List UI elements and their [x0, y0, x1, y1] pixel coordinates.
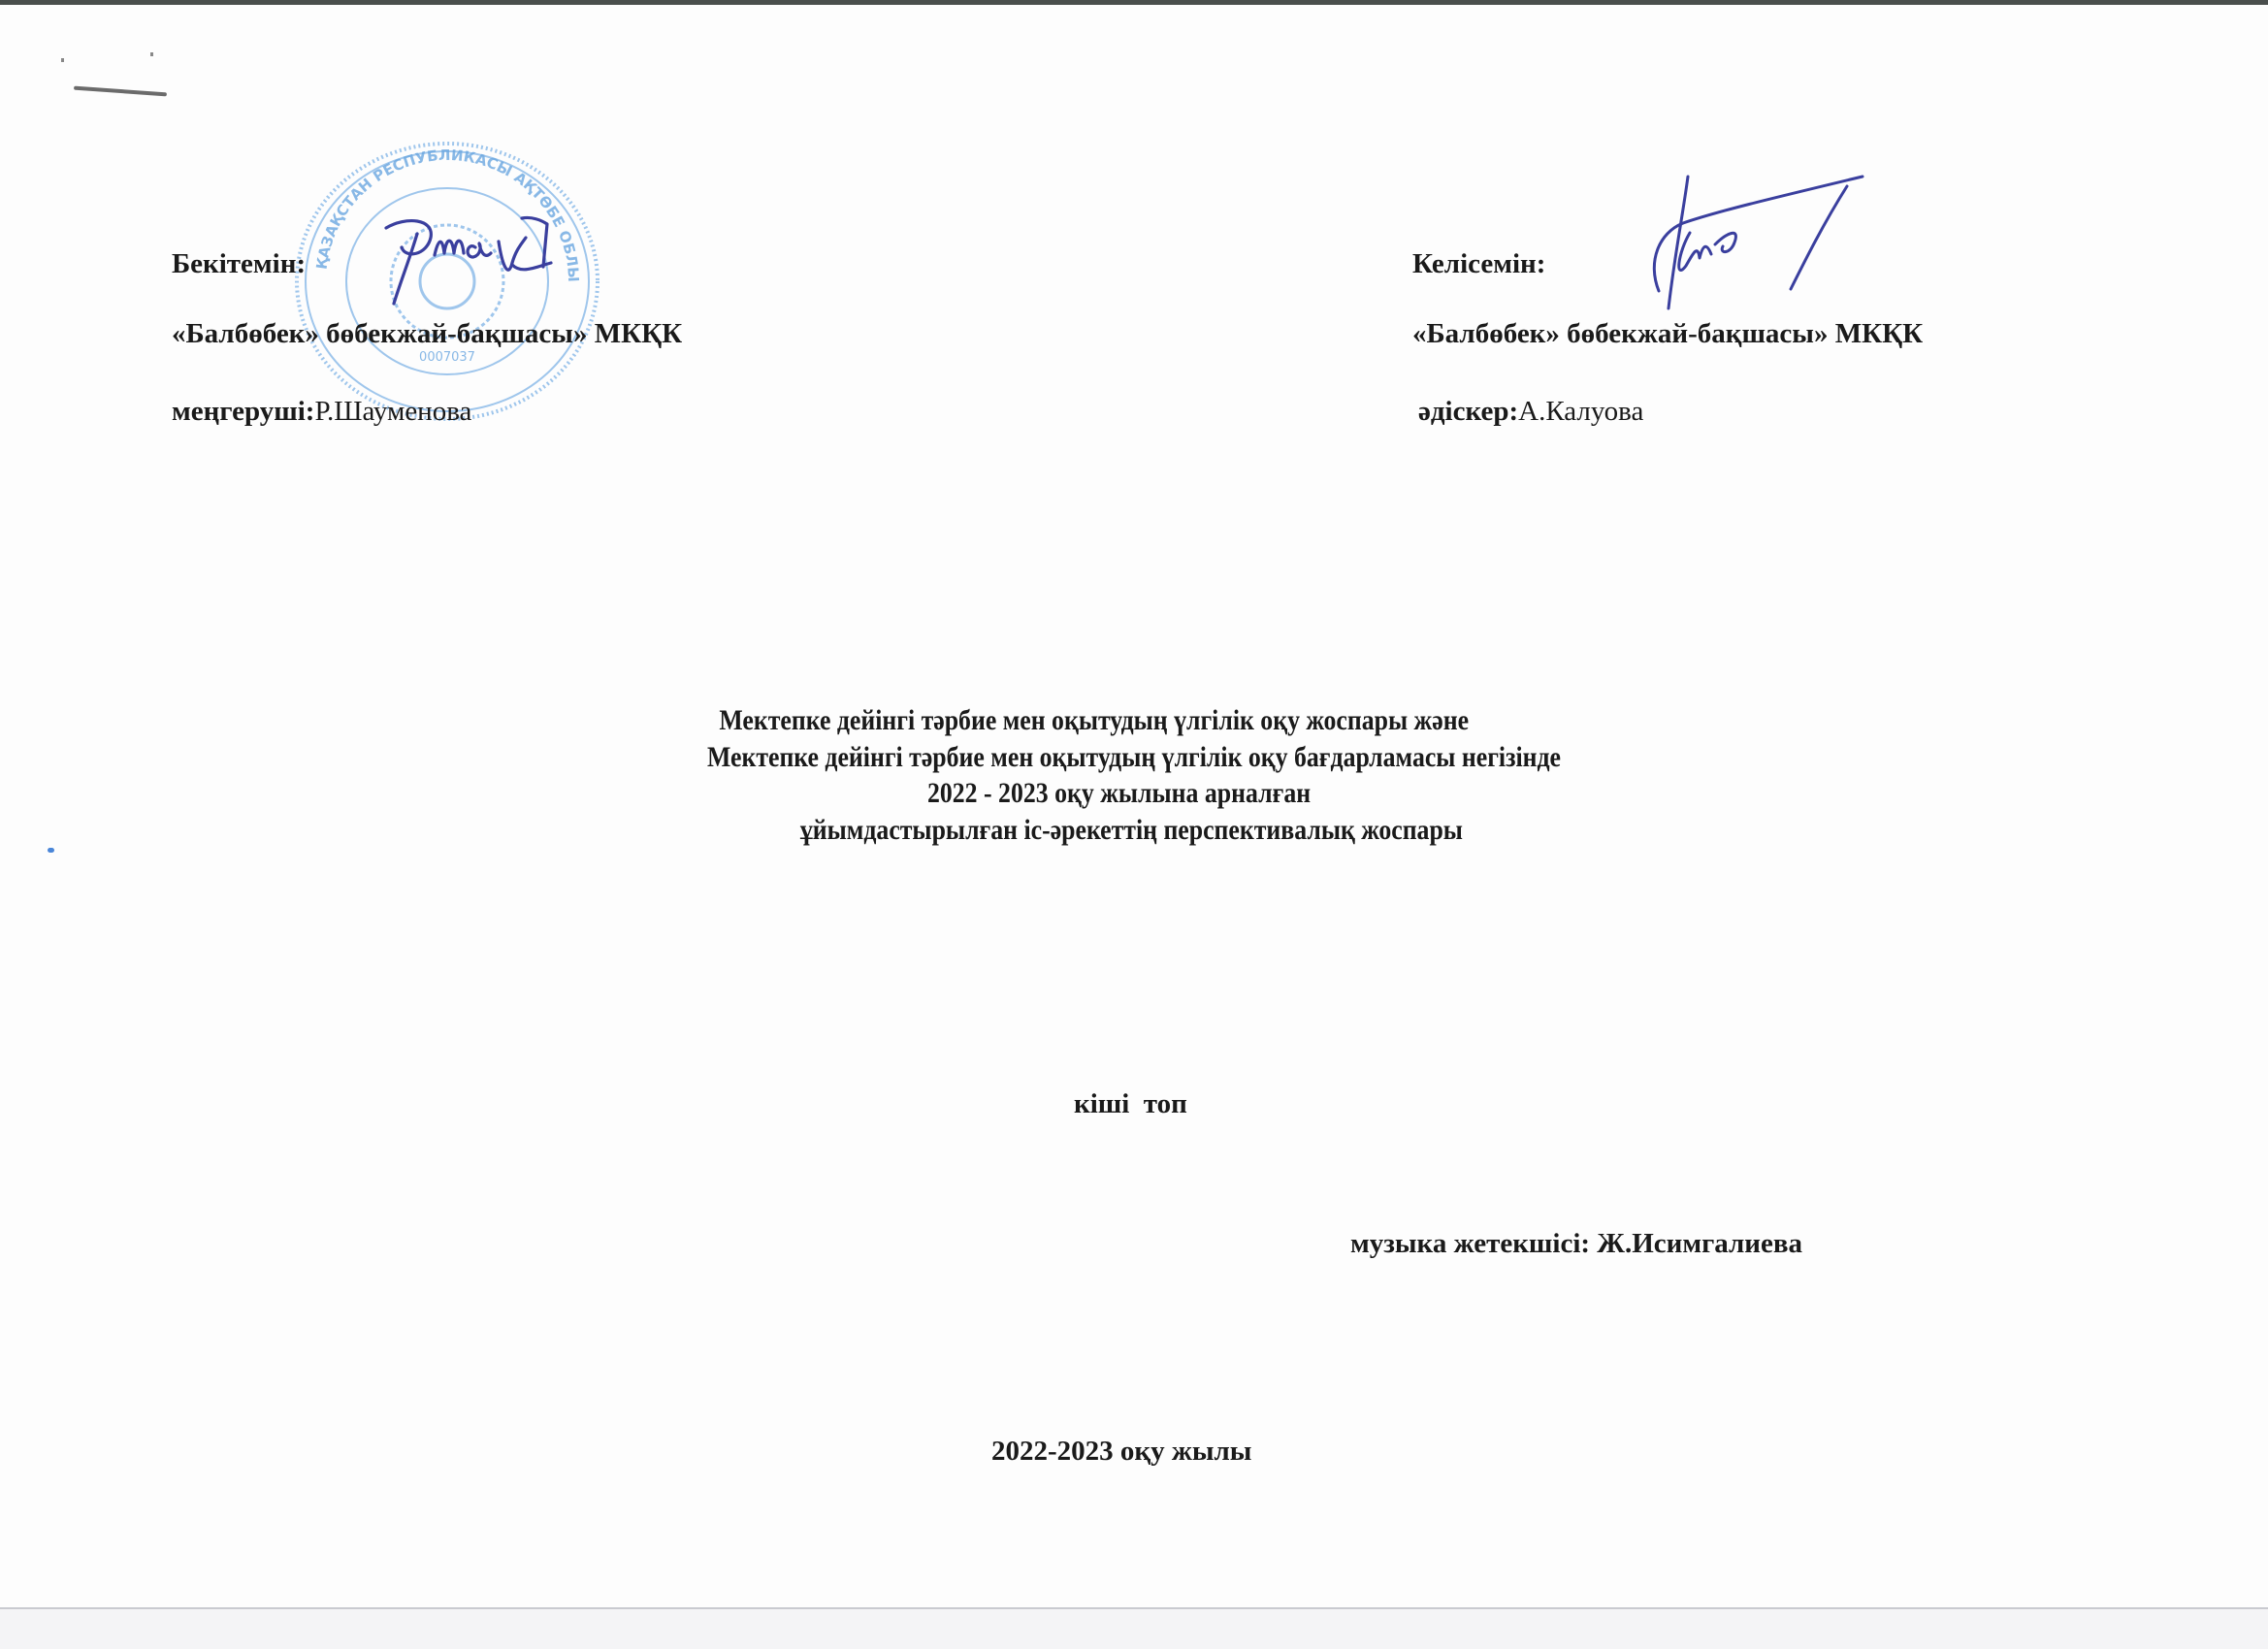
group-name: кіші топ: [1074, 1090, 1187, 1118]
scan-artifact-dot: [150, 52, 153, 56]
academic-year: 2022-2023 оқу жылы: [991, 1438, 1251, 1466]
signature-methodologist-icon: [1630, 165, 1911, 320]
approve-role-label: меңгеруші:: [172, 396, 314, 427]
signature-director-icon: [367, 199, 570, 315]
title-line: Мектепке дейінгі тәрбие мен оқытудың үлг…: [118, 702, 2069, 739]
agree-person: А.Калуова: [1518, 396, 1643, 427]
scan-edge-top: [0, 0, 2268, 5]
agree-signatory: әдіскер:А.Калуова: [1418, 398, 1643, 426]
title-line: Мектепке дейінгі тәрбие мен оқытудың үлг…: [159, 739, 2110, 776]
approve-organization: «Балбөбек» бөбекжай-бақшасы» МКҚК: [172, 320, 682, 348]
scan-artifact-dot: [48, 848, 54, 853]
agree-role-label: әдіскер:: [1418, 396, 1518, 427]
agree-organization: «Балбөбек» бөбекжай-бақшасы» МКҚК: [1412, 320, 1923, 348]
document-title: Мектепке дейінгі тәрбие мен оқытудың үлг…: [0, 702, 2268, 848]
scan-artifact-mark: [74, 86, 167, 97]
svg-text:0007037: 0007037: [419, 350, 475, 365]
approve-signatory: меңгеруші:Р.Шауменова: [172, 398, 471, 426]
scan-background: [0, 1609, 2268, 1649]
title-line: ұйымдастырылған іс-әрекеттің перспектива…: [156, 812, 2107, 849]
agree-heading: Келісемін:: [1412, 250, 1545, 278]
music-teacher: музыка жетекшісі: Ж.Исимгалиева: [1350, 1230, 1802, 1258]
title-line: 2022 - 2023 оқу жылына арналған: [144, 775, 2094, 812]
approve-heading: Бекітемін:: [172, 250, 306, 278]
scan-artifact-dot: [61, 58, 64, 62]
approve-person: Р.Шауменова: [314, 396, 471, 427]
